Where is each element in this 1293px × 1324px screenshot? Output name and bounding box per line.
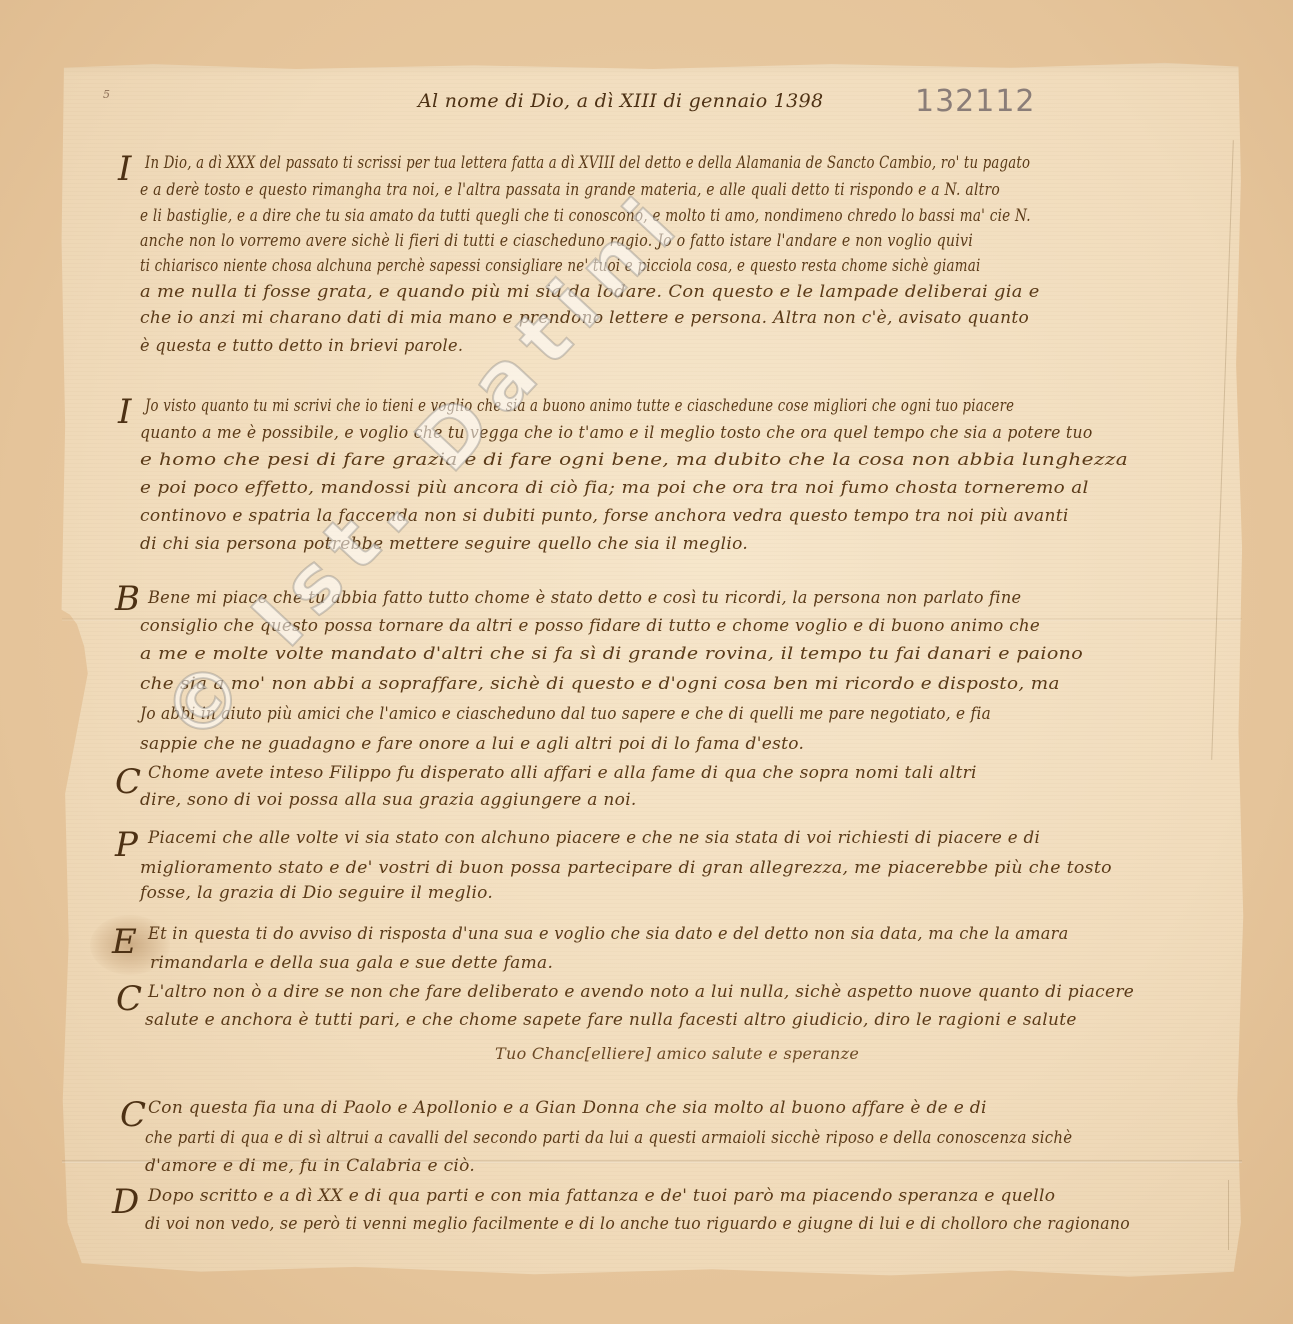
text-line: a me nulla ti fosse grata, e quando più … xyxy=(140,284,1040,301)
text-line: Jo visto quanto tu mi scrivi che io tien… xyxy=(145,398,1014,415)
text-line: a me e molte volte mandato d'altri che s… xyxy=(140,646,1083,663)
text-line: che parti di qua e di sì altrui a cavall… xyxy=(145,1130,1072,1147)
initial-letter: B xyxy=(115,582,140,616)
text-line: fosse, la grazia di Dio seguire il megli… xyxy=(140,885,493,902)
initial-letter: C xyxy=(120,1098,146,1132)
text-line: sappie che ne guadagno e fare onore a lu… xyxy=(140,736,804,753)
text-line: ti chiarisco niente chosa alchuna perchè… xyxy=(140,258,981,275)
text-line: continovo e spatria la faccenda non si d… xyxy=(140,508,1069,525)
text-line: Bene mi piace che tu abbia fatto tutto c… xyxy=(148,590,1021,607)
closing-salutation: Tuo Chanc[elliere] amico salute e speran… xyxy=(495,1046,859,1062)
text-line: di chi sia persona potrebbe mettere segu… xyxy=(140,536,748,553)
text-line: e poi poco effetto, mandossi più ancora … xyxy=(140,480,1089,497)
text-line: anche non lo vorremo avere sichè li fier… xyxy=(140,233,973,250)
text-line: dire, sono di voi possa alla sua grazia … xyxy=(140,792,637,809)
initial-letter: C xyxy=(115,765,141,799)
initial-letter: P xyxy=(115,828,138,862)
text-line: L'altro non ò a dire se non che fare del… xyxy=(148,984,1134,1001)
initial-letter: I xyxy=(118,152,131,186)
initial-letter: E xyxy=(112,925,137,959)
text-line: miglioramento stato e de' vostri di buon… xyxy=(140,860,1112,877)
text-line: Con questa fia una di Paolo e Apollonio … xyxy=(148,1100,987,1117)
leaf-mark: 5 xyxy=(103,88,110,101)
text-line: che sia a mo' non abbi a sopraffare, sic… xyxy=(140,676,1060,693)
text-line: In Dio, a dì XXX del passato ti scrissi … xyxy=(145,155,1030,172)
margin-flourish xyxy=(1228,1180,1229,1250)
letter-heading: Al nome di Dio, a dì XIII di gennaio 139… xyxy=(418,92,823,111)
text-line: quanto a me è possibile, e voglio che tu… xyxy=(140,425,1093,442)
text-line: di voi non vedo, se però ti venni meglio… xyxy=(145,1216,1130,1233)
archive-number: 132112 xyxy=(915,84,1036,119)
text-line: che io anzi mi charano dati di mia mano … xyxy=(140,310,1029,327)
text-line: e a derè tosto e questo rimangha tra noi… xyxy=(140,182,1000,199)
text-line: è questa e tutto detto in brievi parole. xyxy=(140,338,463,355)
text-line: salute e anchora è tutti pari, e che cho… xyxy=(145,1012,1077,1029)
text-line: e li bastiglie, e a dire che tu sia amat… xyxy=(140,208,1031,225)
text-line: Chome avete inteso Filippo fu disperato … xyxy=(148,765,977,782)
initial-letter: C xyxy=(116,982,142,1016)
text-line: e homo che pesi di fare grazia e di fare… xyxy=(140,452,1128,469)
text-line: Piacemi che alle volte vi sia stato con … xyxy=(148,830,1040,847)
text-line: Jo abbi in aiuto più amici che l'amico e… xyxy=(140,706,991,723)
text-line: d'amore e di me, fu in Calabria e ciò. xyxy=(145,1158,475,1175)
text-line: consiglio che questo possa tornare da al… xyxy=(140,618,1040,635)
initial-letter: D xyxy=(112,1185,139,1219)
text-line: Dopo scritto e a dì XX e di qua parti e … xyxy=(148,1188,1055,1205)
text-line: rimandarla e della sua gala e sue dette … xyxy=(150,955,553,972)
text-line: Et in questa ti do avviso di risposta d'… xyxy=(148,926,1069,943)
initial-letter: I xyxy=(118,395,131,429)
